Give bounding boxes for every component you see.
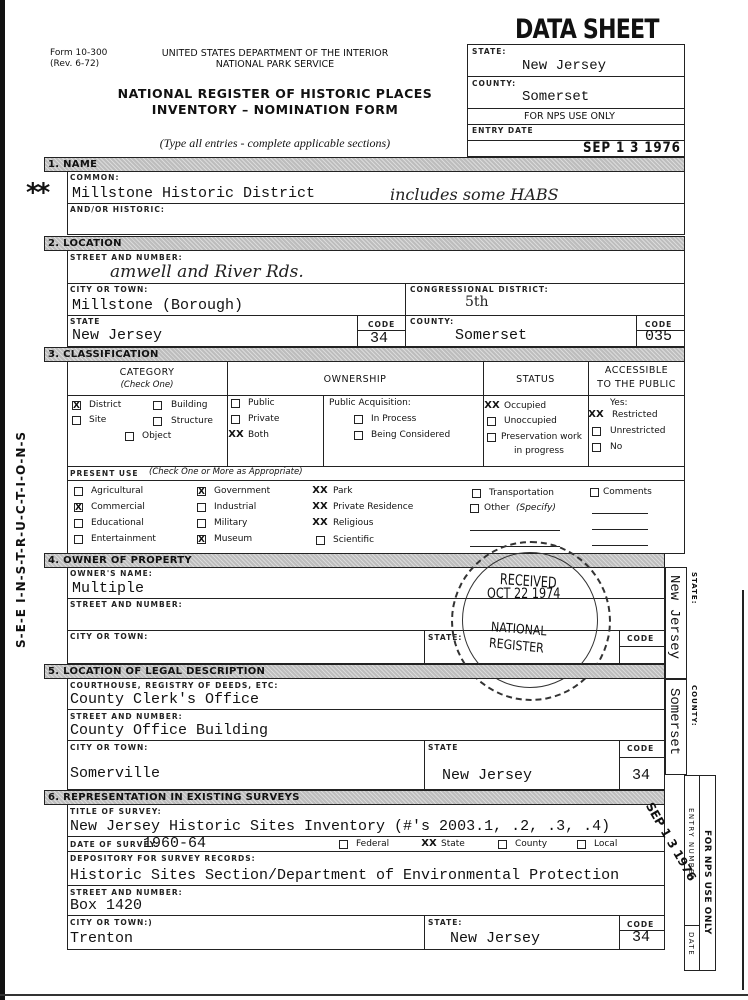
- county-value: Somerset: [455, 327, 527, 344]
- survey-title-label: TITLE OF SURVEY:: [70, 807, 162, 816]
- option-label: Site: [89, 415, 106, 425]
- section-title: 2. LOCATION: [48, 237, 122, 250]
- common-name-label: COMMON:: [70, 173, 119, 182]
- survey-street-label: STREET AND NUMBER:: [70, 888, 183, 897]
- checkbox-museum[interactable]: X: [197, 535, 206, 544]
- option-label: Scientific: [333, 535, 374, 545]
- checkbox-public[interactable]: [231, 399, 240, 408]
- checkbox-commercial[interactable]: X: [74, 503, 83, 512]
- option-label: Public: [248, 398, 275, 408]
- legal-city-label: CITY OR TOWN:: [70, 743, 148, 752]
- owner-street-label: STREET AND NUMBER:: [70, 600, 183, 609]
- section-title: 3. CLASSIFICATION: [48, 348, 159, 361]
- option-label: Industrial: [214, 502, 256, 512]
- divider: [67, 203, 685, 204]
- handwritten-note: includes some HABS: [390, 185, 559, 204]
- street-label: STREET AND NUMBER:: [70, 253, 183, 262]
- section-header-location: 2. LOCATION: [44, 236, 685, 251]
- public-acquisition-label: Public Acquisition:: [329, 398, 411, 408]
- divider: [357, 315, 358, 347]
- legal-state-value: New Jersey: [442, 767, 532, 784]
- checkbox-industrial[interactable]: [197, 503, 206, 512]
- accessible-yes-label: Yes:: [610, 398, 628, 408]
- section-title: 4. OWNER OF PROPERTY: [48, 554, 192, 567]
- side-state-label: STATE:: [690, 572, 698, 605]
- divider: [699, 775, 700, 971]
- option-label: State: [441, 839, 465, 849]
- legal-street-label: STREET AND NUMBER:: [70, 712, 183, 721]
- form-number: Form 10-300 (Rev. 6-72): [50, 48, 107, 70]
- option-label: County: [515, 839, 547, 849]
- courthouse-label: COURTHOUSE, REGISTRY OF DEEDS, ETC:: [70, 681, 278, 690]
- state-code-label: CODE: [368, 320, 395, 329]
- checkbox-occupied[interactable]: XX: [483, 402, 501, 411]
- accessible-header-1: ACCESSIBLE: [588, 365, 685, 376]
- owner-city-label: CITY OR TOWN:: [70, 632, 148, 641]
- legal-street-value: County Office Building: [70, 722, 268, 739]
- street-value: amwell and River Rds.: [110, 262, 304, 282]
- common-name-value: Millstone Historic District: [72, 185, 315, 202]
- option-label: District: [89, 400, 121, 410]
- comments-line[interactable]: [592, 529, 648, 530]
- county-code-value: 035: [645, 328, 672, 345]
- option-label: Preservation work: [501, 432, 582, 442]
- checkbox-private[interactable]: [231, 415, 240, 424]
- city-label: CITY OR TOWN:: [70, 285, 148, 294]
- divider: [67, 885, 665, 886]
- checkbox-district[interactable]: X: [72, 401, 81, 410]
- option-label: Private: [248, 414, 279, 424]
- option-label: Park: [333, 486, 352, 496]
- checkbox-site[interactable]: [72, 416, 81, 425]
- data-sheet-stamp: DATA SHEET: [515, 14, 659, 45]
- option-label: Object: [142, 431, 171, 441]
- nps-use-only-label: FOR NPS USE ONLY: [702, 830, 712, 935]
- survey-city-value: Trenton: [70, 930, 133, 947]
- survey-code-label: CODE: [627, 920, 654, 929]
- divider: [619, 757, 665, 758]
- option-label: No: [610, 442, 622, 452]
- option-label: Other: [484, 503, 510, 513]
- scan-edge: [742, 590, 744, 990]
- instructions-note: (Type all entries - complete applicable …: [115, 136, 435, 151]
- depository-label: DEPOSITORY FOR SURVEY RECORDS:: [70, 854, 256, 863]
- divider: [619, 630, 620, 664]
- checkbox-unrestricted[interactable]: [592, 427, 601, 436]
- divider: [619, 646, 665, 647]
- divider: [619, 915, 620, 950]
- legal-code-label: CODE: [627, 744, 654, 753]
- checkbox-private-residence[interactable]: XX: [311, 503, 329, 512]
- city-value: Millstone (Borough): [72, 297, 243, 314]
- comments-line[interactable]: [592, 545, 648, 546]
- category-header: CATEGORY: [67, 367, 227, 378]
- checkbox-government[interactable]: X: [197, 487, 206, 496]
- depository-value: Historic Sites Section/Department of Env…: [70, 867, 619, 884]
- legal-city-value: Somerville: [70, 765, 160, 782]
- historic-name-label: AND/OR HISTORIC:: [70, 205, 165, 214]
- checkbox-transportation[interactable]: [472, 489, 481, 498]
- checkbox-other[interactable]: [470, 504, 479, 513]
- county-label: COUNTY:: [410, 317, 454, 326]
- asterisk-marks: **: [26, 178, 47, 208]
- divider: [67, 395, 685, 396]
- option-label: Museum: [214, 534, 252, 544]
- divider: [67, 283, 685, 284]
- option-label: Structure: [171, 416, 213, 426]
- status-header: STATUS: [483, 374, 588, 385]
- survey-state-label: STATE:: [428, 918, 462, 927]
- divider: [424, 915, 425, 950]
- option-label: Building: [171, 400, 208, 410]
- side-county-label: COUNTY:: [690, 685, 698, 727]
- option-label: Religious: [333, 518, 374, 528]
- option-label: Unrestricted: [610, 426, 665, 436]
- checkbox-state[interactable]: XX: [420, 840, 438, 849]
- side-county-value: Somerset: [666, 688, 682, 755]
- option-label: Agricultural: [91, 486, 143, 496]
- category-subheader: (Check One): [67, 380, 227, 390]
- ds-entry-date-label: ENTRY DATE: [472, 126, 534, 135]
- present-use-subheader: (Check One or More as Appropriate): [149, 467, 303, 477]
- legal-code-value: 34: [632, 767, 650, 784]
- other-specify-line[interactable]: [470, 530, 560, 531]
- courthouse-value: County Clerk's Office: [70, 691, 259, 708]
- section-header-legal-description: 5. LOCATION OF LEGAL DESCRIPTION: [44, 664, 665, 679]
- checkbox-park[interactable]: XX: [311, 487, 329, 496]
- checkbox-building[interactable]: [153, 401, 162, 410]
- state-code-value: 34: [370, 330, 388, 347]
- divider: [67, 915, 665, 916]
- option-label: Private Residence: [333, 502, 413, 512]
- checkbox-comments[interactable]: [590, 488, 599, 497]
- ds-county-value: Somerset: [522, 89, 589, 105]
- option-label: Occupied: [504, 401, 546, 411]
- ds-entry-date-stamp: SEP 1 3 1976: [583, 140, 681, 156]
- form-revision: (Rev. 6-72): [50, 59, 107, 70]
- agency-header: UNITED STATES DEPARTMENT OF THE INTERIOR…: [130, 48, 420, 70]
- option-label: Local: [594, 839, 617, 849]
- divider: [67, 740, 665, 741]
- owner-code-label: CODE: [627, 634, 654, 643]
- ds-state-value: New Jersey: [522, 58, 606, 74]
- side-state-value: New Jersey: [666, 575, 682, 659]
- state-label: STATE: [70, 317, 100, 326]
- section-title: 6. REPRESENTATION IN EXISTING SURVEYS: [48, 791, 300, 804]
- ds-state-label: STATE:: [472, 47, 506, 56]
- checkbox-no[interactable]: [592, 443, 601, 452]
- nps-date-label: DATE: [687, 932, 695, 956]
- checkbox-object[interactable]: [125, 432, 134, 441]
- checkbox-agricultural[interactable]: [74, 487, 83, 496]
- survey-title-value: New Jersey Historic Sites Inventory (#'s…: [70, 818, 610, 835]
- divider: [67, 480, 685, 481]
- option-label: Both: [248, 430, 269, 440]
- divider: [636, 315, 637, 347]
- form-title-line1: NATIONAL REGISTER OF HISTORIC PLACES: [105, 86, 445, 102]
- form-number-text: Form 10-300: [50, 48, 107, 59]
- checkbox-religious[interactable]: XX: [311, 519, 329, 528]
- congressional-district-label: CONGRESSIONAL DISTRICT:: [410, 285, 549, 294]
- congressional-district-value: 5th: [465, 294, 489, 310]
- option-label: Restricted: [612, 410, 658, 420]
- divider: [619, 740, 620, 790]
- received-stamp-date: OCT 22 1974: [487, 586, 560, 602]
- checkbox-entertainment[interactable]: [74, 535, 83, 544]
- checkbox-military[interactable]: [197, 519, 206, 528]
- survey-date-value: 1960-64: [143, 835, 206, 852]
- section-title: 5. LOCATION OF LEGAL DESCRIPTION: [48, 665, 265, 678]
- present-use-label: PRESENT USE: [70, 469, 139, 478]
- legal-state-label: STATE: [428, 743, 458, 752]
- option-label: Being Considered: [371, 430, 450, 440]
- option-label: In Process: [371, 414, 416, 424]
- checkbox-structure[interactable]: [153, 417, 162, 426]
- checkbox-preservation-work[interactable]: [487, 433, 496, 442]
- option-label: Federal: [356, 839, 389, 849]
- divider: [424, 630, 425, 664]
- divider: [467, 124, 685, 125]
- option-label: Government: [214, 486, 270, 496]
- checkbox-scientific[interactable]: [316, 536, 325, 545]
- service-name: NATIONAL PARK SERVICE: [130, 59, 420, 70]
- owner-name-label: OWNER'S NAME:: [70, 569, 153, 578]
- checkbox-restricted[interactable]: XX: [587, 411, 605, 420]
- checkbox-both[interactable]: XX: [227, 431, 245, 440]
- divider: [684, 925, 700, 926]
- comments-line[interactable]: [592, 513, 648, 514]
- state-value: New Jersey: [72, 327, 162, 344]
- checkbox-being-considered[interactable]: [354, 431, 363, 440]
- see-instructions-margin: S-E-E I-N-S-T-R-U-C-T-I-O-N-S: [14, 368, 28, 648]
- ds-county-label: COUNTY:: [472, 79, 516, 88]
- accessible-header-2: TO THE PUBLIC: [588, 379, 685, 390]
- survey-street-value: Box 1420: [70, 897, 142, 914]
- scan-edge: [0, 0, 5, 1000]
- option-label: Military: [214, 518, 247, 528]
- checkbox-local[interactable]: [577, 840, 586, 849]
- divider: [67, 851, 665, 852]
- option-label: Unoccupied: [504, 416, 557, 426]
- checkbox-county[interactable]: [498, 840, 507, 849]
- section-title: 1. NAME: [48, 158, 97, 171]
- form-title: NATIONAL REGISTER OF HISTORIC PLACES INV…: [105, 86, 445, 118]
- option-label: Educational: [91, 518, 144, 528]
- divider: [467, 108, 685, 109]
- divider: [67, 709, 665, 710]
- option-label-continued: in progress: [514, 446, 564, 456]
- section-header-classification: 3. CLASSIFICATION: [44, 347, 685, 362]
- scan-edge: [0, 994, 748, 996]
- survey-state-value: New Jersey: [450, 930, 540, 947]
- ds-nps-use-only: FOR NPS USE ONLY: [524, 111, 615, 122]
- owner-name-value: Multiple: [72, 580, 144, 597]
- divider: [323, 395, 324, 466]
- divider: [67, 315, 685, 316]
- checkbox-educational[interactable]: [74, 519, 83, 528]
- option-label: Comments: [603, 487, 652, 497]
- option-label: Commercial: [91, 502, 145, 512]
- survey-city-label: CITY OR TOWN:): [70, 918, 153, 927]
- other-specify-hint: (Specify): [516, 503, 556, 513]
- checkbox-federal[interactable]: [339, 840, 348, 849]
- divider: [424, 740, 425, 790]
- checkbox-unoccupied[interactable]: [487, 417, 496, 426]
- section-header-name: 1. NAME: [44, 157, 685, 172]
- survey-code-value: 34: [632, 929, 650, 946]
- option-label: Entertainment: [91, 534, 156, 544]
- divider: [467, 76, 685, 77]
- option-label: Transportation: [489, 488, 554, 498]
- section-header-surveys: 6. REPRESENTATION IN EXISTING SURVEYS: [44, 790, 665, 805]
- checkbox-in-process[interactable]: [354, 415, 363, 424]
- form-title-line2: INVENTORY – NOMINATION FORM: [105, 102, 445, 118]
- ownership-header: OWNERSHIP: [227, 374, 483, 385]
- department-name: UNITED STATES DEPARTMENT OF THE INTERIOR: [130, 48, 420, 59]
